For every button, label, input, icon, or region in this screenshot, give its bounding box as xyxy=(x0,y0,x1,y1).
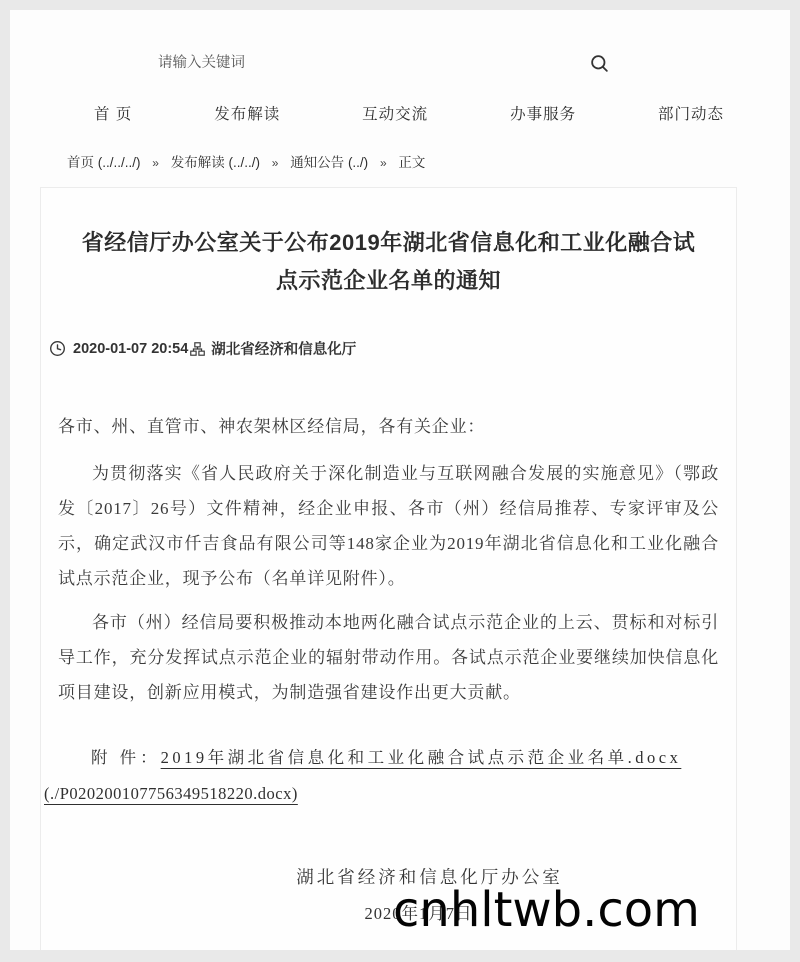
breadcrumb-separator-icon: » xyxy=(380,156,387,170)
search-button[interactable] xyxy=(590,52,612,74)
breadcrumb-separator-icon: » xyxy=(152,156,159,170)
breadcrumb-releases[interactable]: 发布解读 (../../) xyxy=(171,155,260,170)
paragraph-2: 为贯彻落实《省人民政府关于深化制造业与互联网融合发展的实施意见》（鄂政发〔201… xyxy=(58,456,719,596)
paragraph-salutation: 各市、州、直管市、神农架林区经信局，各有关企业： xyxy=(58,409,719,444)
article-meta: 2020-01-07 20:54 湖北省经济和信息化厅 xyxy=(49,338,719,359)
nav-item-services[interactable]: 办事服务 xyxy=(510,102,576,124)
attachment-file-path[interactable]: (./P020200107756349518220.docx) xyxy=(44,776,719,812)
search-icon xyxy=(590,54,612,73)
breadcrumb-current: 正文 xyxy=(398,155,425,170)
breadcrumb: 首页 (../../../) » 发布解读 (../../) » 通知公告 (.… xyxy=(67,151,425,171)
nav-item-interaction[interactable]: 互动交流 xyxy=(362,102,428,124)
nav-item-releases[interactable]: 发布解读 xyxy=(214,102,280,124)
attachment-label: 附 件： xyxy=(91,748,161,767)
page: 首 页 发布解读 互动交流 办事服务 部门动态 首页 (../../../) »… xyxy=(10,10,790,950)
paragraph-3: 各市（州）经信局要积极推动本地两化融合试点示范企业的上云、贯标和对标引导工作，充… xyxy=(58,605,719,710)
breadcrumb-notices[interactable]: 通知公告 (../) xyxy=(290,155,368,170)
breadcrumb-home[interactable]: 首页 (../../../) xyxy=(67,155,141,170)
sitemap-icon xyxy=(190,342,205,356)
main-nav: 首 页 发布解读 互动交流 办事服务 部门动态 xyxy=(94,102,724,124)
article-container: 省经信厅办公室关于公布2019年湖北省信息化和工业化融合试点示范企业名单的通知 … xyxy=(40,187,737,950)
attachment-row: 附 件：2019年湖北省信息化和工业化融合试点示范企业名单.docx(./P02… xyxy=(58,740,719,812)
watermark-text: cnhltwb.com xyxy=(393,882,700,938)
publish-datetime: 2020-01-07 20:54 xyxy=(73,341,188,357)
nav-item-home[interactable]: 首 页 xyxy=(94,102,132,124)
publish-source: 湖北省经济和信息化厅 xyxy=(211,338,356,359)
attachment-file-name[interactable]: 2019年湖北省信息化和工业化融合试点示范企业名单.docx xyxy=(161,748,682,767)
nav-item-department-news[interactable]: 部门动态 xyxy=(658,102,724,124)
breadcrumb-separator-icon: » xyxy=(272,156,279,170)
page-title: 省经信厅办公室关于公布2019年湖北省信息化和工业化融合试点示范企业名单的通知 xyxy=(78,224,699,300)
clock-icon xyxy=(49,340,66,357)
article-body: 各市、州、直管市、神农架林区经信局，各有关企业： 为贯彻落实《省人民政府关于深化… xyxy=(58,409,719,710)
search-input[interactable] xyxy=(158,50,578,76)
